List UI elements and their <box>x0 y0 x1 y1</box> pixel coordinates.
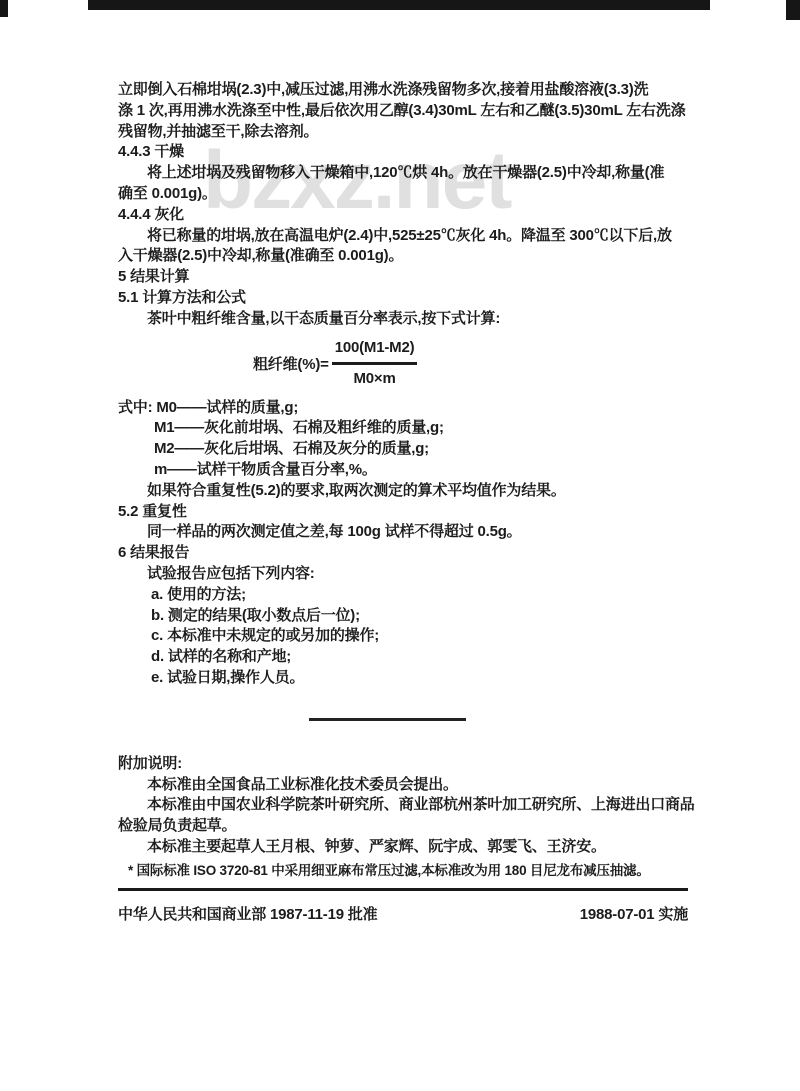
text-line: 本标准主要起草人王月根、钟萝、严家辉、阮宇成、郭雯飞、王济安。 <box>118 837 688 858</box>
formula: 粗纤维(%)= 100(M1-M2) M0×m <box>118 330 688 398</box>
scanned-document-page: bzxz.net 立即倒入石棉坩埚(2.3)中,减压过滤,用沸水洗涤残留物多次,… <box>0 0 800 1091</box>
section-heading: 5 结果计算 <box>118 267 688 288</box>
text-line: 式中: M0——试样的质量,g; <box>118 398 688 419</box>
text-line: 茶叶中粗纤维含量,以干态质量百分率表示,按下式计算: <box>118 309 688 330</box>
text-line: 同一样品的两次测定值之差,每 100g 试样不得超过 0.5g。 <box>118 522 688 543</box>
text-line: 试验报告应包括下列内容: <box>118 564 688 585</box>
footer: 中华人民共和国商业部 1987-11-19 批准 1988-07-01 实施 <box>118 903 688 924</box>
text-line: m——试样干物质含量百分率,%。 <box>118 460 688 481</box>
text-line: e. 试验日期,操作人员。 <box>118 668 688 689</box>
text-line: 本标准由全国食品工业标准化技术委员会提出。 <box>118 775 688 796</box>
formula-fraction: 100(M1-M2) M0×m <box>332 339 418 388</box>
text-line: 检验局负责起草。 <box>118 816 688 837</box>
text-line: M1——灰化前坩埚、石棉及粗纤维的质量,g; <box>118 418 688 439</box>
footer-rule <box>118 888 688 891</box>
procedure-section: 立即倒入石棉坩埚(2.3)中,减压过滤,用沸水洗涤残留物多次,接着用盐酸溶液(3… <box>118 80 688 330</box>
text-line: b. 测定的结果(取小数点后一位); <box>118 606 688 627</box>
section-heading: 5.1 计算方法和公式 <box>118 288 688 309</box>
scan-artifact-top-bar <box>88 0 710 10</box>
text-line: 入干燥器(2.5)中冷却,称量(准确至 0.001g)。 <box>118 246 688 267</box>
text-line: 立即倒入石棉坩埚(2.3)中,减压过滤,用沸水洗涤残留物多次,接着用盐酸溶液(3… <box>118 80 688 101</box>
scan-artifact-top-left <box>0 0 8 17</box>
text-line: c. 本标准中未规定的或另加的操作; <box>118 626 688 647</box>
formula-label: 粗纤维(%)= <box>253 353 329 374</box>
formula-fraction-bar <box>332 362 418 365</box>
text-line: d. 试样的名称和产地; <box>118 647 688 668</box>
annex-section: 附加说明:本标准由全国食品工业标准化技术委员会提出。本标准由中国农业科学院茶叶研… <box>118 754 688 858</box>
end-of-text-divider <box>309 718 466 721</box>
section-heading: 5.2 重复性 <box>118 502 688 523</box>
section-heading: 4.4.4 灰化 <box>118 205 688 226</box>
footnote: * 国际标准 ISO 3720-81 中采用细亚麻布常压过滤,本标准改为用 18… <box>118 861 688 881</box>
text-line: M2——灰化后坩埚、石棉及灰分的质量,g; <box>118 439 688 460</box>
text-line: 如果符合重复性(5.2)的要求,取两次测定的算术平均值作为结果。 <box>118 481 688 502</box>
text-line: 涤 1 次,再用沸水洗涤至中性,最后依次用乙醇(3.4)30mL 左右和乙醚(3… <box>118 101 688 122</box>
implementation-text: 1988-07-01 实施 <box>580 903 688 924</box>
text-line: 将已称量的坩埚,放在高温电炉(2.4)中,525±25℃灰化 4h。降温至 30… <box>118 226 688 247</box>
document-content: 立即倒入石棉坩埚(2.3)中,减压过滤,用沸水洗涤残留物多次,接着用盐酸溶液(3… <box>118 80 688 924</box>
text-line: 本标准由中国农业科学院茶叶研究所、商业部杭州茶叶加工研究所、上海进出口商品 <box>118 795 688 816</box>
text-line: 残留物,并抽滤至干,除去溶剂。 <box>118 122 688 143</box>
text-line: 将上述坩埚及残留物移入干燥箱中,120℃烘 4h。放在干燥器(2.5)中冷却,称… <box>118 163 688 184</box>
approval-text: 中华人民共和国商业部 1987-11-19 批准 <box>118 903 377 924</box>
formula-numerator: 100(M1-M2) <box>332 339 418 357</box>
section-heading: 4.4.3 干燥 <box>118 142 688 163</box>
results-section: 式中: M0——试样的质量,g;M1——灰化前坩埚、石棉及粗纤维的质量,g;M2… <box>118 398 688 689</box>
scan-artifact-top-right <box>786 0 800 20</box>
section-heading: 6 结果报告 <box>118 543 688 564</box>
section-heading: 附加说明: <box>118 754 688 775</box>
text-line: 确至 0.001g)。 <box>118 184 688 205</box>
text-line: a. 使用的方法; <box>118 585 688 606</box>
formula-denominator: M0×m <box>353 370 395 388</box>
